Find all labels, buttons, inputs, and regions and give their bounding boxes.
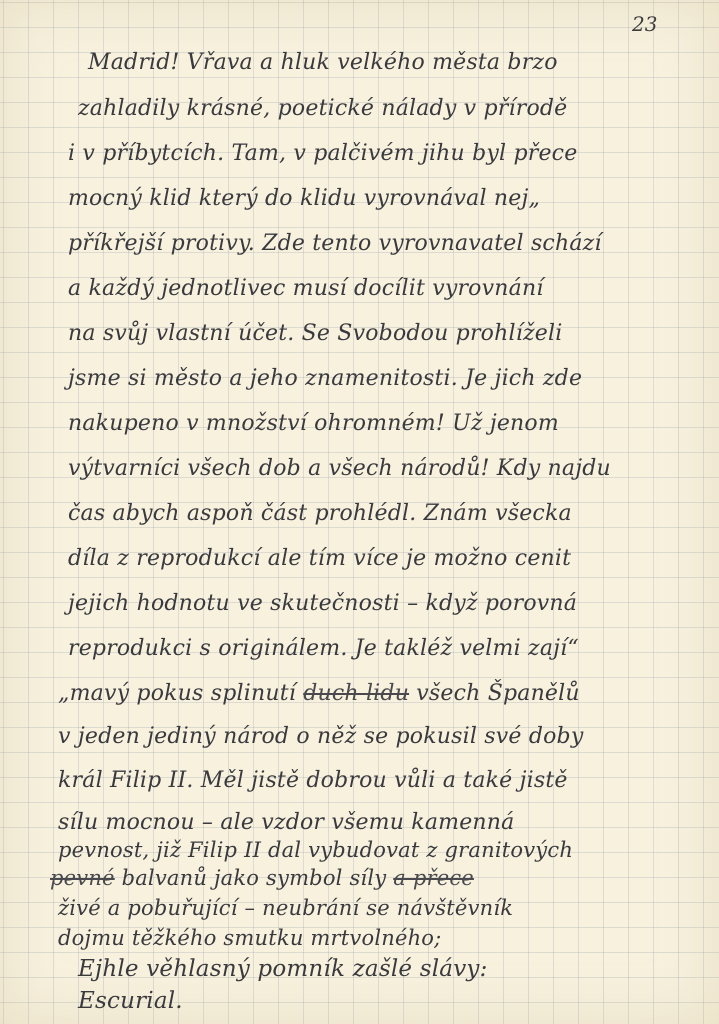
crossed-out-word: duch lidu xyxy=(303,681,409,706)
text-line: i v příbytcích. Tam, v palčivém jihu byl… xyxy=(68,141,577,166)
crossed-out-word: a přece xyxy=(393,866,474,890)
text-line: král Filip II. Měl jistě dobrou vůli a t… xyxy=(58,768,568,793)
text-line: příkřejší protivy. Zde tento vyrovnavate… xyxy=(68,231,602,256)
text-line: zahladily krásné, poetické nálady v přír… xyxy=(78,96,567,121)
text-fragment: balvanů jako symbol síly xyxy=(115,866,394,890)
text-line: Madrid! Vřava a hluk velkého města brzo xyxy=(88,50,558,75)
text-line: reprodukci s originálem. Je takléž velmi… xyxy=(68,636,579,661)
text-line: pevnost, již Filip II dal vybudovat z gr… xyxy=(58,838,573,862)
text-line: Escurial. xyxy=(78,988,183,1014)
text-line: na svůj vlastní účet. Se Svobodou prohlí… xyxy=(68,321,562,346)
text-line: Ejhle věhlasný pomník zašlé slávy: xyxy=(78,956,488,982)
text-line: díla z reprodukcí ale tím více je možno … xyxy=(68,546,571,571)
text-line: pevné balvanů jako symbol síly a přece xyxy=(50,866,474,890)
text-line: „mavý pokus splinutí duch lidu všech Špa… xyxy=(58,681,580,706)
text-line: živé a pobuřující – neubrání se návštěvn… xyxy=(58,896,513,920)
text-line: čas abych aspoň část prohlédl. Znám všec… xyxy=(68,501,572,526)
text-line: jejich hodnotu ve skutečnosti – když por… xyxy=(68,591,577,616)
text-line: a každý jednotlivec musí docílit vyrovná… xyxy=(68,276,544,301)
text-line: sílu mocnou – ale vzdor všemu kamenná xyxy=(58,810,515,835)
manuscript-page: 23 Madrid! Vřava a hluk velkého města br… xyxy=(0,0,719,1024)
text-line: dojmu těžkého smutku mrtvolného; xyxy=(58,926,441,950)
text-line: nakupeno v množství ohromném! Už jenom xyxy=(68,411,559,436)
text-line: mocný klid který do klidu vyrovnával nej… xyxy=(68,186,540,211)
text-line: v jeden jediný národ o něž se pokusil sv… xyxy=(58,724,583,749)
text-line: jsme si město a jeho znamenitosti. Je ji… xyxy=(68,366,582,391)
crossed-out-word: pevné xyxy=(50,866,115,890)
text-fragment: všech Španělů xyxy=(409,681,580,706)
text-fragment: „mavý pokus splinutí xyxy=(58,681,303,706)
text-line: výtvarníci všech dob a všech národů! Kdy… xyxy=(68,456,611,481)
page-number: 23 xyxy=(632,12,657,36)
